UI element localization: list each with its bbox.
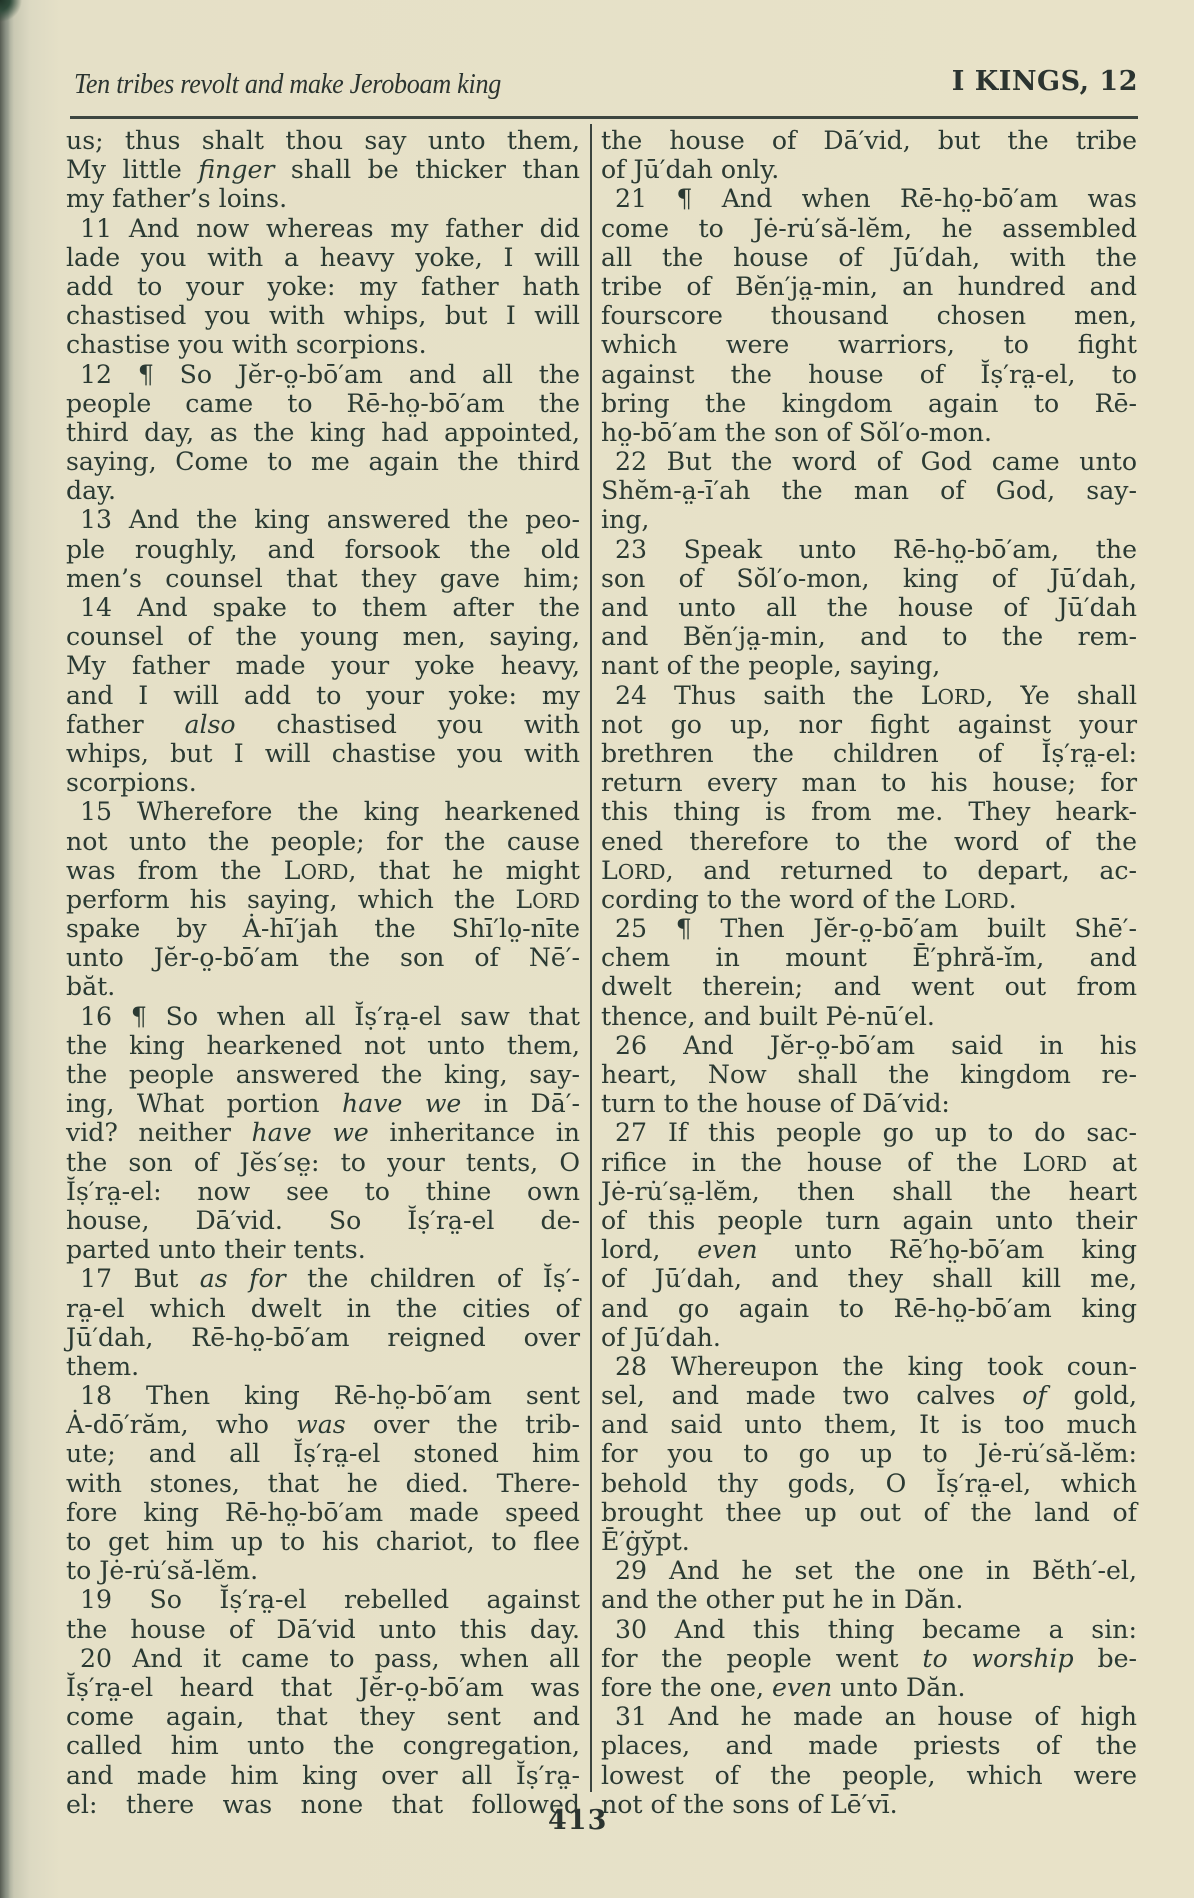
text-line: ple roughly, and forsook the old xyxy=(66,535,580,564)
text-line: father also chastised you with xyxy=(66,710,580,739)
text-line: 18 Then king Rē-ho̤-bō′am sent xyxy=(66,1381,580,1410)
text-line: counsel of the young men, saying, xyxy=(66,622,580,651)
text-line: not unto the people; for the cause xyxy=(66,827,580,856)
text-line: and Bĕn′ja̤-min, and to the rem- xyxy=(601,622,1137,651)
text-line: my father’s loins. xyxy=(66,184,580,213)
text-line: of Jū′dah. xyxy=(601,1323,1137,1352)
text-line: the people answered the king, say- xyxy=(66,1060,580,1089)
text-line: cording to the word of the LORD. xyxy=(601,885,1137,914)
text-line: fore king Rē-ho̤-bō′am made speed xyxy=(66,1498,580,1527)
text-line: bring the kingdom again to Rē- xyxy=(601,389,1137,418)
text-line: chastise you with scorpions. xyxy=(66,330,580,359)
text-line: 28 Whereupon the king took coun- xyxy=(601,1352,1137,1381)
text-line: add to your yoke: my father hath xyxy=(66,272,580,301)
text-line: 23 Speak unto Rē-ho̤-bō′am, the xyxy=(601,535,1137,564)
text-line: 26 And Jĕr-o̤-bō′am said in his xyxy=(601,1031,1137,1060)
right-text-column: the house of Dā′vid, but the tribeof Jū′… xyxy=(601,126,1137,1819)
text-line: not go up, nor fight against your xyxy=(601,710,1137,739)
text-line: 12 ¶ So Jĕr-o̤-bō′am and all the xyxy=(66,360,580,389)
left-text-column: us; thus shalt thou say unto them,My lit… xyxy=(66,126,580,1819)
text-line: saying, Come to me again the third xyxy=(66,447,580,476)
text-line: to get him up to his chariot, to flee xyxy=(66,1527,580,1556)
text-line: and unto all the house of Jū′dah xyxy=(601,593,1137,622)
text-line: 21 ¶ And when Rē-ho̤-bō′am was xyxy=(601,184,1137,213)
text-line: and I will add to your yoke: my xyxy=(66,681,580,710)
text-line: thence, and built Pė-nū′el. xyxy=(601,1002,1137,1031)
text-line: Ȧ-dō′răm, who was over the trib- xyxy=(66,1410,580,1439)
text-line: fourscore thousand chosen men, xyxy=(601,301,1137,330)
header-rule xyxy=(70,116,1138,119)
text-line: and the other put he in Dăn. xyxy=(601,1585,1137,1614)
text-line: 19 So Ĭṣ′ra̤-el rebelled against xyxy=(66,1585,580,1614)
text-line: for the people went to worship be- xyxy=(601,1644,1137,1673)
text-line: 31 And he made an house of high xyxy=(601,1702,1137,1731)
text-line: of Jū′dah, and they shall kill me, xyxy=(601,1264,1137,1293)
text-line: the house of Dā′vid, but the tribe xyxy=(601,126,1137,155)
running-header: Ten tribes revolt and make Jeroboam king… xyxy=(70,64,1138,104)
text-line: with stones, that he died. There- xyxy=(66,1469,580,1498)
text-line: 17 But as for the children of Ĭṣ′- xyxy=(66,1264,580,1293)
text-line: parted unto their tents. xyxy=(66,1235,580,1264)
text-line: and said unto them, It is too much xyxy=(601,1410,1137,1439)
text-line: Shĕm-a̤-ī′ah the man of God, say- xyxy=(601,476,1137,505)
text-line: men’s counsel that they gave him; xyxy=(66,564,580,593)
column-divider xyxy=(590,124,592,1792)
text-line: ing, What portion have we in Dā′- xyxy=(66,1089,580,1118)
text-line: lord, even unto Rē′ho̤-bō′am king xyxy=(601,1235,1137,1264)
text-line: lade you with a heavy yoke, I will xyxy=(66,243,580,272)
text-line: of this people turn again unto their xyxy=(601,1206,1137,1235)
text-line: people came to Rē-ho̤-bō′am the xyxy=(66,389,580,418)
text-line: Jė-ru̇′sa̤-lĕm, then shall the heart xyxy=(601,1177,1137,1206)
text-line: Ĭṣ′ra̤-el heard that Jĕr-o̤-bō′am was xyxy=(66,1673,580,1702)
text-line: Ĭṣ′ra̤-el: now see to thine own xyxy=(66,1177,580,1206)
text-line: perform his saying, which the LORD xyxy=(66,885,580,914)
text-line: was from the LORD, that he might xyxy=(66,856,580,885)
text-line: house, Dā′vid. So Ĭṣ′ra̤-el de- xyxy=(66,1206,580,1235)
text-line: this thing is from me. They heark- xyxy=(601,797,1137,826)
text-line: 27 If this people go up to do sac- xyxy=(601,1118,1137,1147)
text-line: chem in mount Ē′phră-ĭm, and xyxy=(601,943,1137,972)
text-line: 25 ¶ Then Jĕr-o̤-bō′am built Shē′- xyxy=(601,914,1137,943)
text-line: 24 Thus saith the LORD, Ye shall xyxy=(601,681,1137,710)
text-line: behold thy gods, O Ĭṣ′ra̤-el, which xyxy=(601,1469,1137,1498)
text-line: brought thee up out of the land of xyxy=(601,1498,1137,1527)
book-chapter-label: I KINGS, 12 xyxy=(952,66,1138,97)
text-line: called him unto the congregation, xyxy=(66,1731,580,1760)
text-line: dwelt therein; and went out from xyxy=(601,972,1137,1001)
text-line: against the house of Ĭṣ′ra̤-el, to xyxy=(601,360,1137,389)
text-line: brethren the children of Ĭṣ′ra̤-el: xyxy=(601,739,1137,768)
text-line: 29 And he set the one in Bĕth′-el, xyxy=(601,1556,1137,1585)
text-line: tribe of Bĕn′ja̤-min, an hundred and xyxy=(601,272,1137,301)
text-line: Jū′dah, Rē-ho̤-bō′am reigned over xyxy=(66,1323,580,1352)
text-line: whips, but I will chastise you with xyxy=(66,739,580,768)
text-line: 15 Wherefore the king hearkened xyxy=(66,797,580,826)
text-line: scorpions. xyxy=(66,768,580,797)
text-line: 14 And spake to them after the xyxy=(66,593,580,622)
text-line: nant of the people, saying, xyxy=(601,651,1137,680)
text-line: My father made your yoke heavy, xyxy=(66,651,580,680)
text-line: places, and made priests of the xyxy=(601,1731,1137,1760)
running-title: Ten tribes revolt and make Jeroboam king xyxy=(74,68,501,101)
text-line: ened therefore to the word of the xyxy=(601,827,1137,856)
text-line: all the house of Jū′dah, with the xyxy=(601,243,1137,272)
text-line: spake by Ȧ-hī′jah the Shī′lo̤-nīte xyxy=(66,914,580,943)
text-line: not of the sons of Lē′vī. xyxy=(601,1790,1137,1819)
text-line: come again, that they sent and xyxy=(66,1702,580,1731)
text-line: for you to go up to Jė-ru̇′să-lĕm: xyxy=(601,1439,1137,1468)
text-line: vid? neither have we inheritance in xyxy=(66,1118,580,1147)
text-line: el: there was none that followed xyxy=(66,1790,580,1819)
text-line: 13 And the king answered the peo- xyxy=(66,505,580,534)
text-line: 30 And this thing became a sin: xyxy=(601,1615,1137,1644)
text-line: the king hearkened not unto them, xyxy=(66,1031,580,1060)
text-line: My little finger shall be thicker than xyxy=(66,155,580,184)
text-line: come to Jė-ru̇′să-lĕm, he assembled xyxy=(601,214,1137,243)
text-line: and made him king over all Ĭṣ′ra̤- xyxy=(66,1761,580,1790)
text-line: ute; and all Ĭṣ′ra̤-el stoned him xyxy=(66,1439,580,1468)
text-line: fore the one, even unto Dăn. xyxy=(601,1673,1137,1702)
text-line: son of Sŏl′o-mon, king of Jū′dah, xyxy=(601,564,1137,593)
text-line: us; thus shalt thou say unto them, xyxy=(66,126,580,155)
text-line: Ē′ġy̆pt. xyxy=(601,1527,1137,1556)
text-line: LORD, and returned to depart, ac- xyxy=(601,856,1137,885)
text-line: the house of Dā′vid unto this day. xyxy=(66,1615,580,1644)
text-line: and go again to Rē-ho̤-bō′am king xyxy=(601,1294,1137,1323)
text-line: rifice in the house of the LORD at xyxy=(601,1148,1137,1177)
text-line: 11 And now whereas my father did xyxy=(66,214,580,243)
text-line: 20 And it came to pass, when all xyxy=(66,1644,580,1673)
page-gutter-shadow xyxy=(0,0,10,1898)
text-line: băt. xyxy=(66,972,580,1001)
text-line: of Jū′dah only. xyxy=(601,155,1137,184)
text-line: them. xyxy=(66,1352,580,1381)
text-line: chastised you with whips, but I will xyxy=(66,301,580,330)
page-number: 413 xyxy=(548,1805,607,1836)
text-line: return every man to his house; for xyxy=(601,768,1137,797)
text-line: which were warriors, to fight xyxy=(601,330,1137,359)
book-cover-corner xyxy=(0,0,26,22)
text-line: to Jė-ru̇′să-lĕm. xyxy=(66,1556,580,1585)
text-line: turn to the house of Dā′vid: xyxy=(601,1089,1137,1118)
text-line: unto Jĕr-o̤-bō′am the son of Nē′- xyxy=(66,943,580,972)
text-line: the son of Jĕs′se̤: to your tents, O xyxy=(66,1148,580,1177)
text-line: 22 But the word of God came unto xyxy=(601,447,1137,476)
text-line: ho̤-bō′am the son of Sŏl′o-mon. xyxy=(601,418,1137,447)
text-line: ra̤-el which dwelt in the cities of xyxy=(66,1294,580,1323)
text-line: heart, Now shall the kingdom re- xyxy=(601,1060,1137,1089)
text-line: lowest of the people, which were xyxy=(601,1761,1137,1790)
text-line: 16 ¶ So when all Ĭṣ′ra̤-el saw that xyxy=(66,1002,580,1031)
text-line: day. xyxy=(66,476,580,505)
text-line: sel, and made two calves of gold, xyxy=(601,1381,1137,1410)
text-line: third day, as the king had appointed, xyxy=(66,418,580,447)
text-line: ing, xyxy=(601,505,1137,534)
